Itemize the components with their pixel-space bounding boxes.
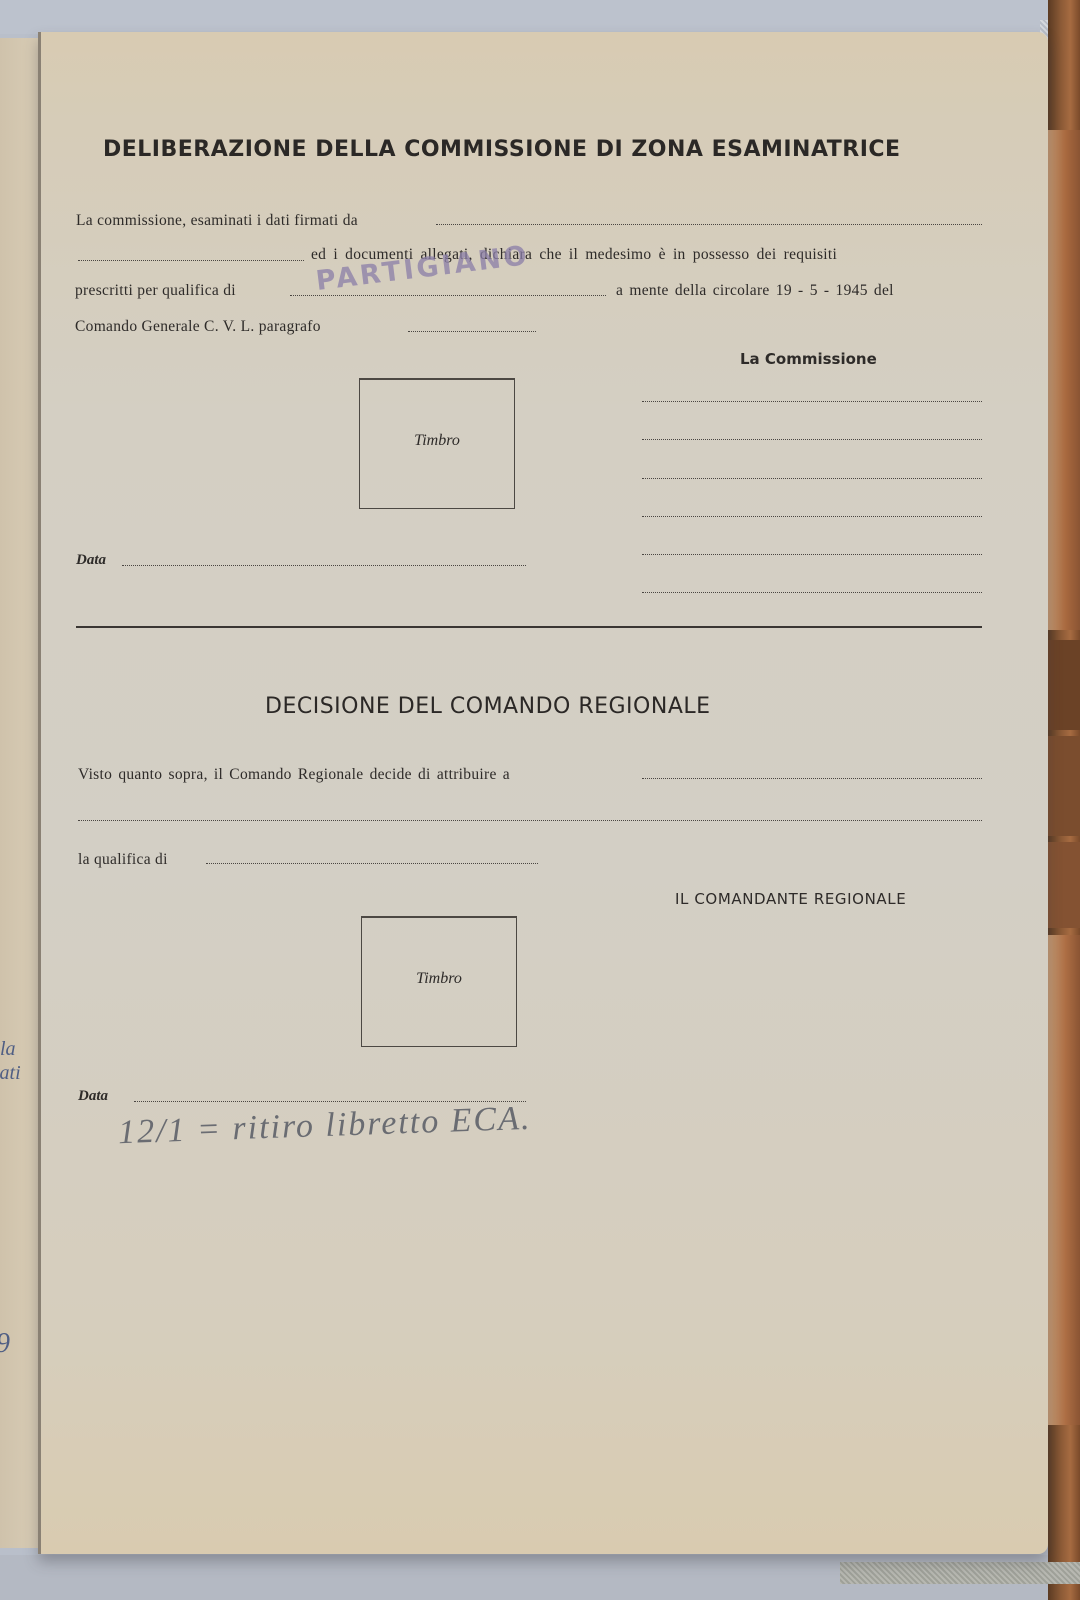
qualification-field[interactable] — [290, 295, 606, 296]
commission-signature-line[interactable] — [642, 478, 982, 479]
binder-tab — [1048, 640, 1080, 730]
commission-signature-line[interactable] — [642, 592, 982, 593]
previous-page-note: la — [0, 1038, 16, 1061]
paragraph-field[interactable] — [408, 331, 536, 332]
page-fold-line — [38, 32, 41, 1554]
section-divider — [76, 626, 982, 628]
handwritten-note: 12/1 = ritiro libretto ECA. — [117, 1100, 532, 1152]
stamp-box-label: Timbro — [362, 970, 516, 988]
binder-tab — [1048, 935, 1080, 1425]
binding-ribbon-bottom — [840, 1562, 1080, 1584]
commission-signature-line[interactable] — [642, 516, 982, 517]
recipient-field[interactable] — [642, 778, 982, 779]
commission-line-3-suffix: a mente della circolare 19 - 5 - 1945 de… — [616, 282, 894, 300]
form-page: DELIBERAZIONE DELLA COMMISSIONE DI ZONA … — [38, 32, 1048, 1554]
commission-line-3-prefix: prescritti per qualifica di — [75, 282, 236, 300]
commission-signature-line[interactable] — [642, 439, 982, 440]
section-title-decisione: DECISIONE DEL COMANDO REGIONALE — [265, 694, 711, 719]
decision-line-3: la qualifica di — [78, 851, 168, 869]
previous-page-note: tati — [0, 1062, 21, 1085]
date-label: Data — [78, 1088, 108, 1105]
stamp-box-label: Timbro — [360, 432, 514, 450]
stamp-box: Timbro — [361, 916, 517, 1047]
commission-line-4: Comando Generale C. V. L. paragrafo — [75, 318, 321, 336]
previous-page-edge: la tati 9 — [0, 38, 40, 1548]
commission-signature-line[interactable] — [642, 401, 982, 402]
binder-tab — [1048, 736, 1080, 836]
signer-name-field-cont[interactable] — [78, 260, 304, 261]
commission-label: La Commissione — [740, 350, 877, 368]
commander-label: IL COMANDANTE REGIONALE — [675, 890, 906, 908]
section-title-deliberazione: DELIBERAZIONE DELLA COMMISSIONE DI ZONA … — [103, 137, 901, 162]
recipient-field-cont[interactable] — [78, 820, 982, 821]
binder-tab — [1048, 130, 1080, 630]
decision-line-1: Visto quanto sopra, il Comando Regionale… — [78, 766, 510, 784]
stamp-box: Timbro — [359, 378, 515, 509]
awarded-qualification-field[interactable] — [206, 863, 538, 864]
date-label: Data — [76, 552, 106, 569]
previous-page-note: 9 — [0, 1328, 10, 1360]
binder-tab — [1048, 842, 1080, 928]
signer-name-field[interactable] — [436, 224, 982, 225]
commission-signature-line[interactable] — [642, 554, 982, 555]
commission-line-1: La commissione, esaminati i dati firmati… — [76, 212, 358, 230]
date-field[interactable] — [122, 565, 526, 566]
scan-background-top — [0, 0, 1080, 34]
